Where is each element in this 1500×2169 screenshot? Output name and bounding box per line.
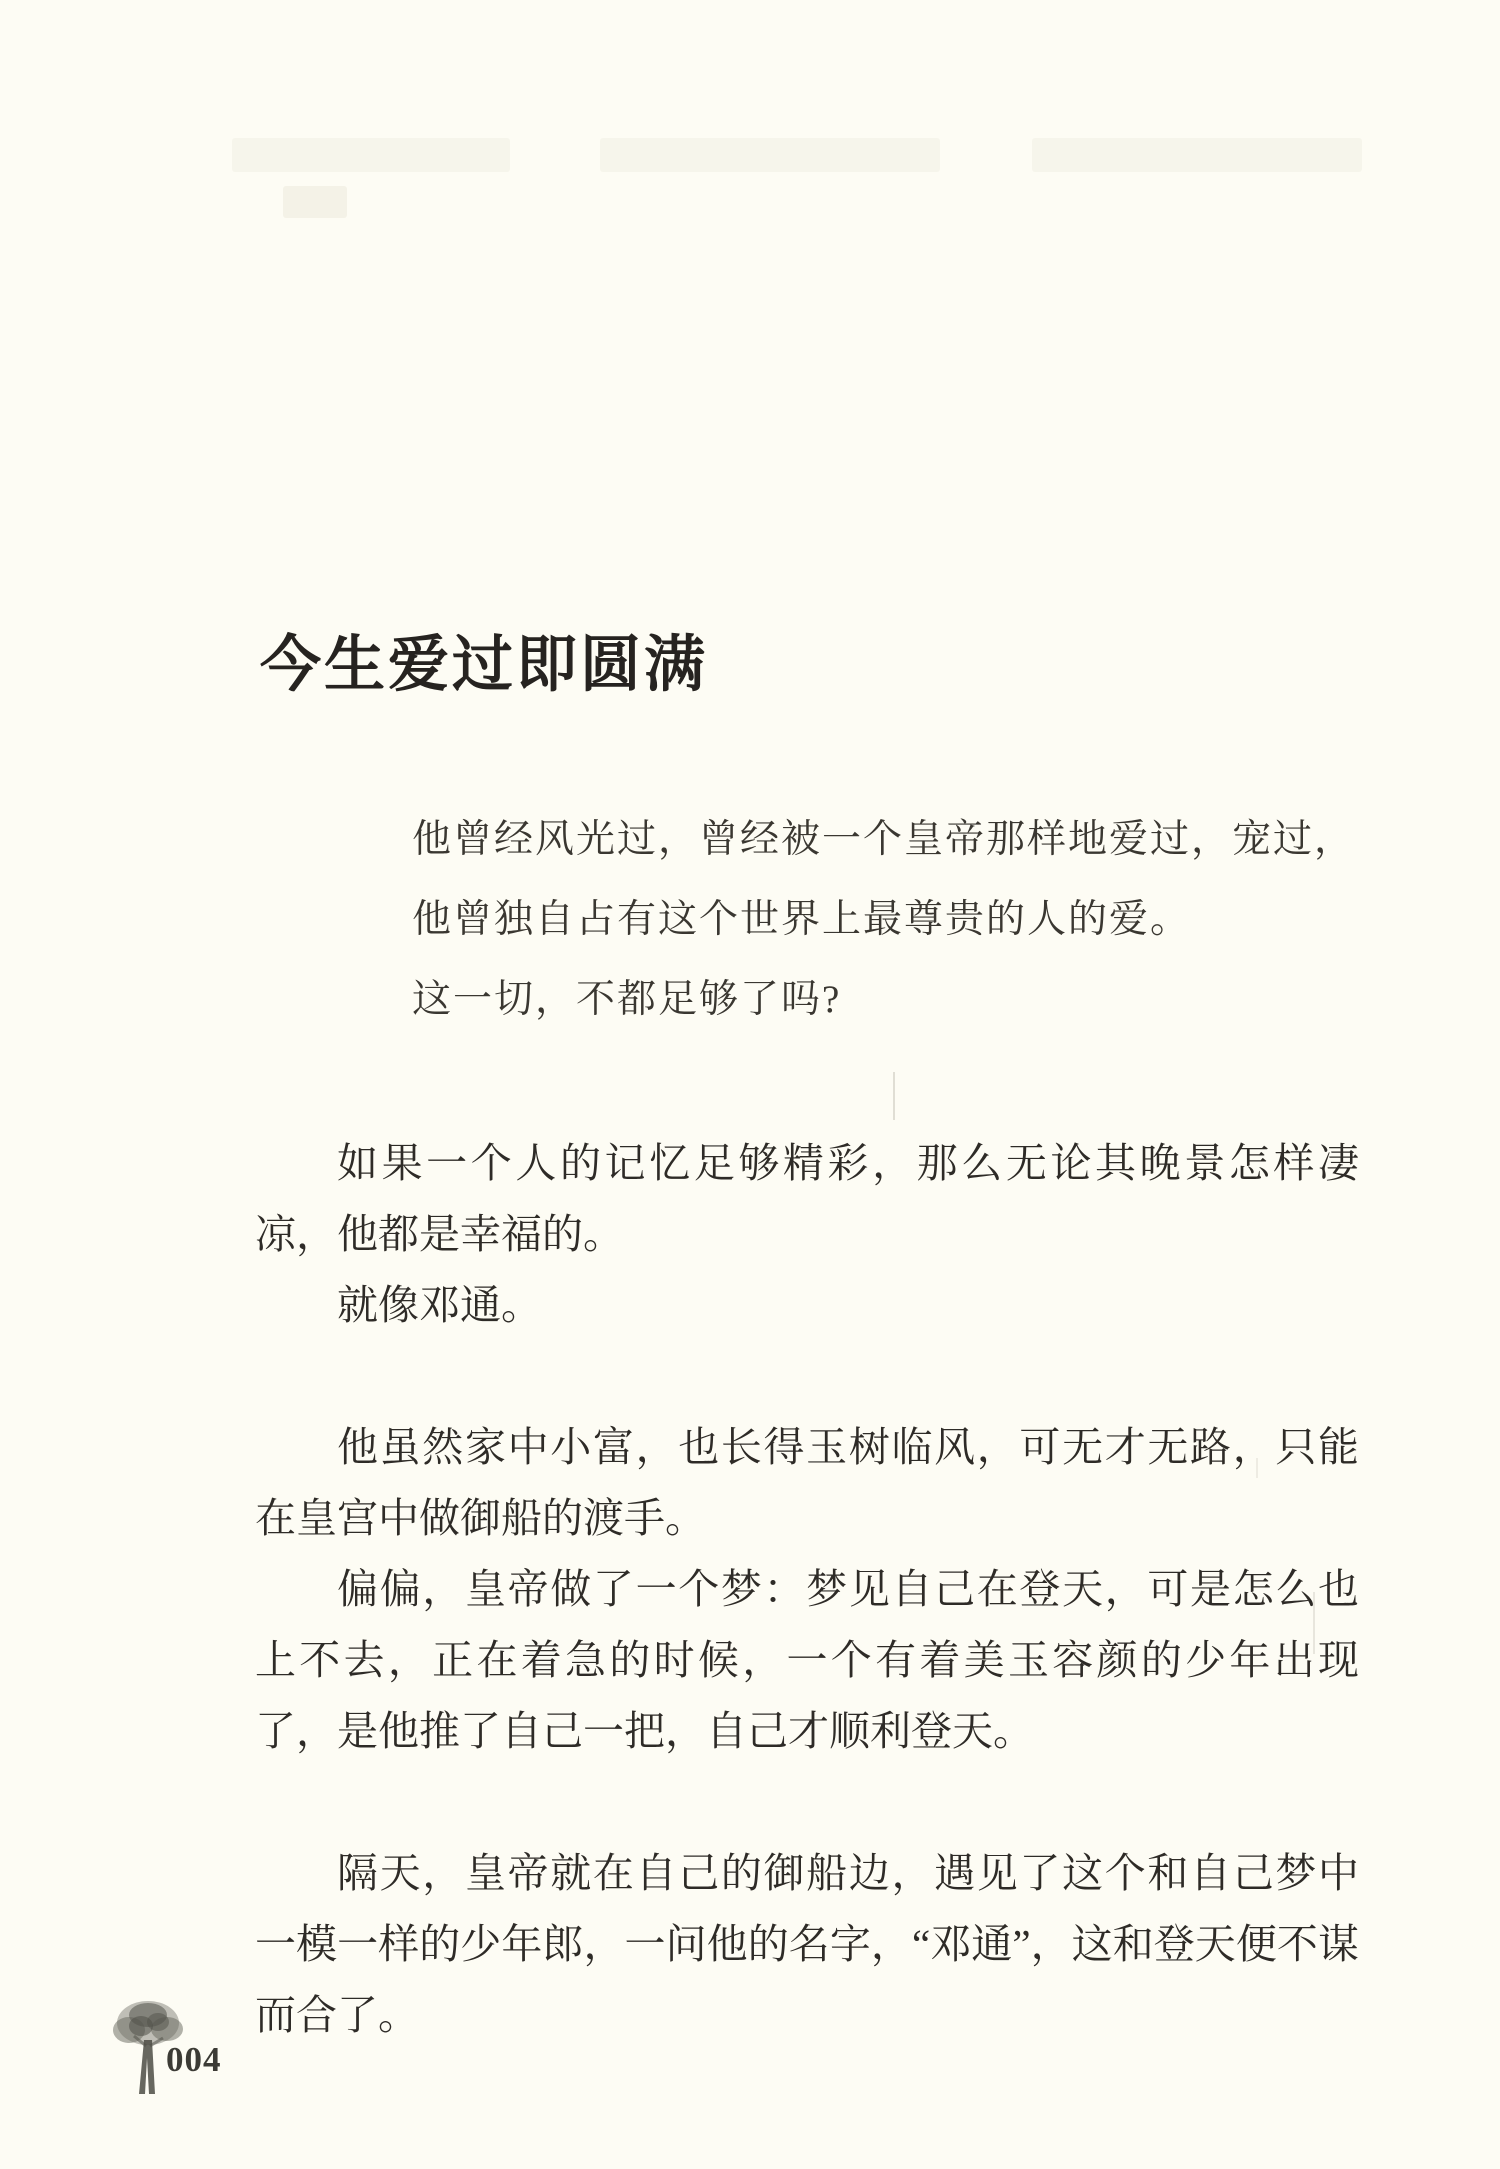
body-paragraph: 就像邓通。 — [255, 1270, 1359, 1341]
epigraph-line: 他曾独自占有这个世界上最尊贵的人的爱。 — [412, 880, 1362, 960]
scan-bleedthrough — [600, 138, 940, 172]
paper-crease — [893, 1072, 895, 1120]
body-paragraph: 偏偏，皇帝做了一个梦：梦见自己在登天，可是怎么也上不去，正在着急的时候，一个有着… — [255, 1554, 1359, 1767]
book-page: 今生爱过即圆满 他曾经风光过，曾经被一个皇帝那样地爱过，宠过，他曾独自占有这个世… — [0, 0, 1500, 2169]
page-footer: 004 — [108, 1996, 328, 2106]
scan-bleedthrough — [1032, 138, 1362, 172]
chapter-epigraph: 他曾经风光过，曾经被一个皇帝那样地爱过，宠过，他曾独自占有这个世界上最尊贵的人的… — [412, 800, 1362, 1040]
body-paragraph: 他虽然家中小富，也长得玉树临风，可无才无路，只能在皇宫中做御船的渡手。 — [255, 1412, 1359, 1554]
body-paragraph: 隔天，皇帝就在自己的御船边，遇见了这个和自己梦中一模一样的少年郎，一问他的名字，… — [255, 1838, 1359, 2051]
page-number: 004 — [166, 2040, 222, 2080]
scan-bleedthrough — [232, 138, 510, 172]
epigraph-line: 这一切，不都足够了吗? — [412, 960, 1362, 1040]
chapter-body-text: 如果一个人的记忆足够精彩，那么无论其晚景怎样凄凉，他都是幸福的。就像邓通。他虽然… — [255, 1128, 1359, 2051]
scan-bleedthrough — [283, 186, 347, 218]
body-paragraph: 如果一个人的记忆足够精彩，那么无论其晚景怎样凄凉，他都是幸福的。 — [255, 1128, 1359, 1270]
chapter-title: 今生爱过即圆满 — [260, 616, 708, 703]
epigraph-line: 他曾经风光过，曾经被一个皇帝那样地爱过，宠过， — [412, 800, 1362, 880]
